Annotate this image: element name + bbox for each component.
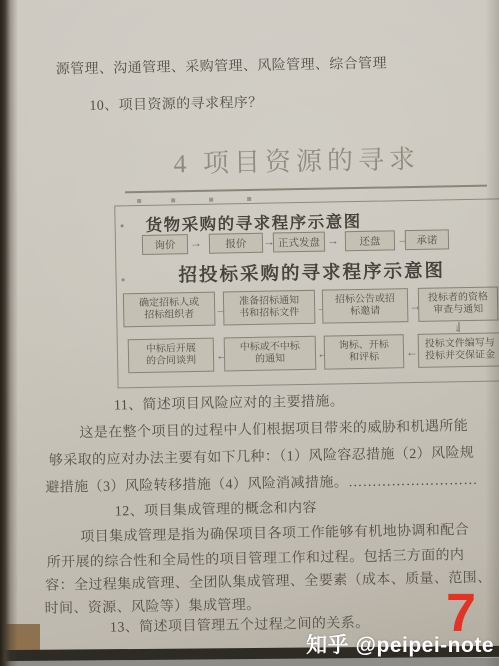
question-10: 10、项目资源的寻求程序？ xyxy=(89,92,263,115)
procurement-diagram-frame: 货物采购的寻求程序示意图 询价 → 报价 → 正式发盘 → 还盘 → 承诺 招投… xyxy=(114,198,499,388)
title-underline xyxy=(125,185,487,194)
continuation-text-line: 源管理、沟通管理、采购管理、风险管理、综合管理 xyxy=(56,52,388,78)
zhihu-brand-label: 知乎 xyxy=(306,634,349,657)
flow-arrow-right-icon: → xyxy=(327,234,339,246)
goods-step-box: 承诺 xyxy=(405,229,449,250)
selection-handle xyxy=(247,197,251,201)
goods-step-box: 还盘 xyxy=(345,230,395,251)
goods-procurement-heading: 货物采购的寻求程序示意图 xyxy=(145,208,361,236)
bidding-step-box: 准备招标通知 书和招标文件 xyxy=(223,290,316,326)
answer-11-line: 这是在整个项目的过程中人们根据项目带来的威胁和机遇所能 xyxy=(79,415,468,442)
selection-handle xyxy=(137,199,141,203)
question-12: 12、项目集成管理的概念和内容 xyxy=(115,497,317,521)
goods-step-box: 正式发盘 xyxy=(273,232,325,253)
bullet-dot xyxy=(121,224,124,227)
chapter-title: 4 项目资源的寻求 xyxy=(173,139,420,181)
bidding-step-box: 中标后开展 的合同谈判 xyxy=(128,338,215,374)
book-spine-shadow xyxy=(0,0,18,666)
bidding-step-box: 招标公告或招 标邀请 xyxy=(322,288,409,324)
answer-12-line: 容：全过程集成管理、全团队集成管理、全要素（成本、质量、范围、 xyxy=(45,567,492,595)
zhihu-watermark: 知乎 @peipei-note xyxy=(306,629,494,659)
bidding-step-box: 确定招标人或 招标组织者 xyxy=(123,292,216,328)
bidding-step-box: 询标、开标 和评标 xyxy=(324,334,405,369)
flow-arrow-left-icon: ← xyxy=(406,346,418,358)
selection-handle xyxy=(209,198,213,202)
photographed-book-page: 源管理、沟通管理、采购管理、风险管理、综合管理 10、项目资源的寻求程序？ 4 … xyxy=(0,0,499,666)
page-right-edge-shade xyxy=(485,0,499,666)
goods-step-box: 询价 xyxy=(142,234,188,255)
answer-11-line: 够采取的应对办法主要有如下几种：（1）风险容忍措施（2）风险规 xyxy=(49,442,475,470)
flow-arrow-right-icon: → xyxy=(190,237,202,249)
bullet-dot xyxy=(122,278,125,281)
bidding-step-box: 中标或不中标 的通知 xyxy=(224,336,317,372)
watermark-handle: @peipei-note xyxy=(356,634,494,657)
question-11: 11、简述项目风险应对的主要措施。 xyxy=(114,390,345,414)
answer-12-line: 项目集成管理是指为确保项目各项工作能够有机地协调和配合 xyxy=(80,519,469,546)
goods-step-box: 报价 xyxy=(209,233,263,254)
page-content: 源管理、沟通管理、采购管理、风险管理、综合管理 10、项目资源的寻求程序？ 4 … xyxy=(0,0,499,666)
bidding-procurement-heading: 招投标采购的寻求程序示意图 xyxy=(178,256,445,287)
answer-11-line: 避措施（3）风险转移措施（4）风险消减措施。……………………… xyxy=(45,469,478,497)
selection-handle xyxy=(171,198,175,202)
